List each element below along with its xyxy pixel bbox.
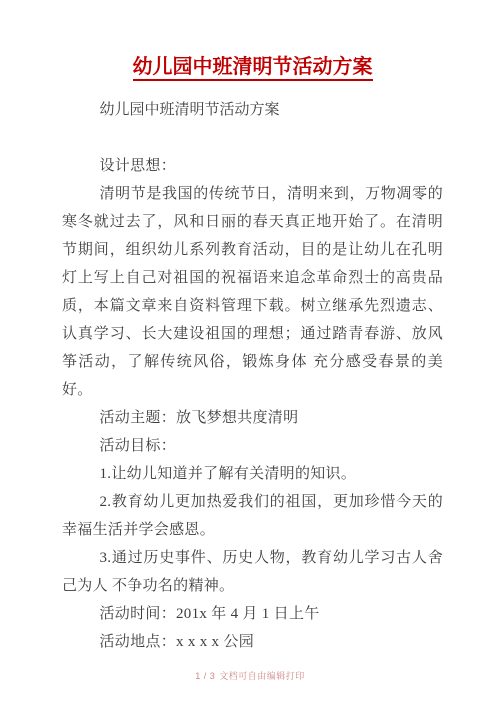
- line-activity-theme: 活动主题：放飞梦想共度清明: [62, 404, 443, 432]
- line-activity-time: 活动时间：201x 年 4 月 1 日上午: [62, 600, 443, 628]
- section-label-activity-goals: 活动目标：: [62, 432, 443, 460]
- document-page: 幼儿园中班清明节活动方案 幼儿园中班清明节活动方案 设计思想： 清明节是我国的传…: [0, 0, 500, 708]
- goal-item-2: 2.教育幼儿更加热爱我们的祖国，更加珍惜今天的幸福生活并学会感恩。: [62, 488, 443, 544]
- line-activity-location: 活动地点：x x x x 公园: [62, 628, 443, 656]
- paragraph-design-thinking: 清明节是我国的传统节日，清明来到，万物凋零的寒冬就过去了，风和日丽的春天真正地开…: [62, 180, 443, 404]
- page-number-indicator: 1 / 3: [195, 671, 215, 681]
- goal-item-3: 3.通过历史事件、历史人物，教育幼儿学习古人舍己为人 不争功名的精神。: [62, 544, 443, 600]
- document-subtitle: 幼儿园中班清明节活动方案: [62, 96, 443, 124]
- page-footer: 1 / 3文档可自由编辑打印: [0, 670, 500, 682]
- document-title: 幼儿园中班清明节活动方案: [62, 54, 443, 80]
- section-label-design-thinking: 设计思想：: [62, 152, 443, 180]
- goal-item-1: 1.让幼儿知道并了解有关清明的知识。: [62, 460, 443, 488]
- document-title-text: 幼儿园中班清明节活动方案: [133, 56, 373, 81]
- footer-note: 文档可自由编辑打印: [219, 671, 305, 681]
- document-body: 设计思想： 清明节是我国的传统节日，清明来到，万物凋零的寒冬就过去了，风和日丽的…: [62, 152, 443, 656]
